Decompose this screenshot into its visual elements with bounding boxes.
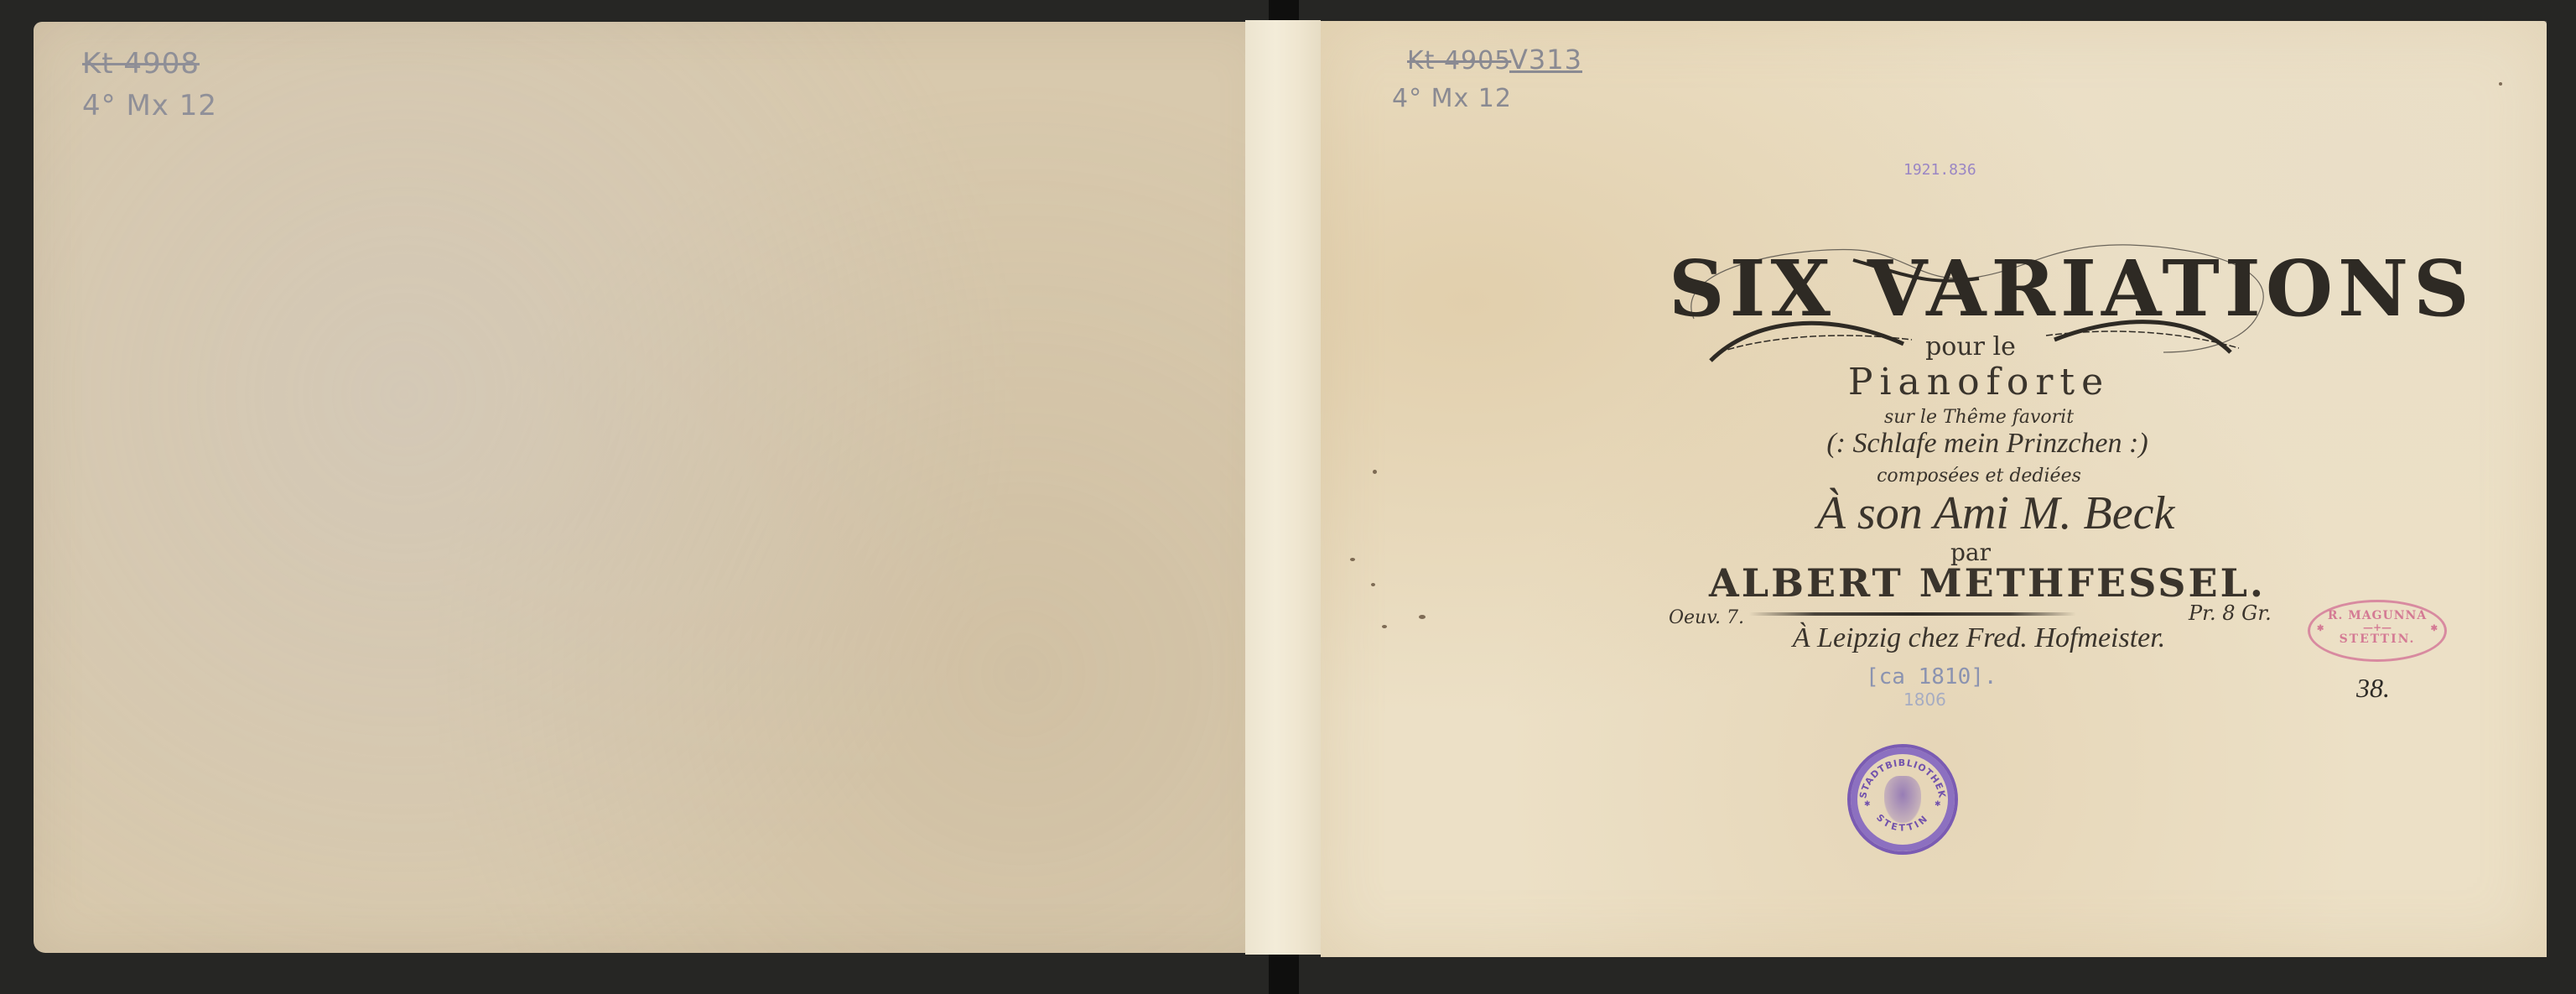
left-page: Kt 4908 4° Mx 12 bbox=[34, 22, 1269, 953]
date-stamp: [ca 1810]. bbox=[1866, 664, 1997, 690]
svg-text:✱: ✱ bbox=[1864, 800, 1871, 809]
library-round-stamp: STADTBIBLIOTHEK STETTIN ✱ ✱ bbox=[1847, 744, 1958, 855]
right-shelfmark-extra: V313 bbox=[1509, 44, 1582, 75]
dealer-oval-stamp: ✱ ✱ R. MAGUNNA —+— STETTIN. bbox=[2308, 600, 2447, 662]
hinge-tape bbox=[1245, 20, 1321, 955]
griffin-crest-icon bbox=[1884, 776, 1921, 823]
dedication: À son Ami M. Beck bbox=[1744, 487, 2247, 540]
foxing-spot bbox=[1419, 615, 1426, 619]
sur-le-theme-text: sur le Thême favorit bbox=[1803, 407, 2155, 428]
date-pencil-note: 1806 bbox=[1903, 690, 1946, 710]
engraved-rule bbox=[1749, 612, 2076, 616]
svg-text:✱: ✱ bbox=[1935, 800, 1941, 809]
foxing-spot bbox=[1350, 558, 1355, 561]
stamp-star-icon: ✱ bbox=[2431, 624, 2438, 633]
publisher: À Leipzig chez Fred. Hofmeister. bbox=[1744, 622, 2214, 654]
right-shelfmark-struck: Kt 4905 bbox=[1407, 46, 1511, 75]
composer-name: ALBERT METHFESSEL. bbox=[1694, 560, 2281, 606]
composees-text: composées et dediées bbox=[1803, 466, 2155, 487]
stamp-line-3: STETTIN. bbox=[2310, 632, 2444, 646]
price: Pr. 8 Gr. bbox=[2189, 601, 2272, 625]
opus-number: Oeuv. 7. bbox=[1669, 607, 1744, 628]
stamp-star-icon: ✱ bbox=[2317, 624, 2324, 633]
theme-name: (: Schlafe mein Prinzchen :) bbox=[1769, 428, 2205, 460]
right-shelfmark: 4° Mx 12 bbox=[1392, 84, 1512, 113]
accession-number: 1921.836 bbox=[1903, 161, 1976, 179]
title: SIX VARIATIONS bbox=[1669, 243, 2272, 334]
page-number: 38. bbox=[2356, 673, 2390, 704]
foxing-spot bbox=[1371, 583, 1375, 586]
left-shelfmark: 4° Mx 12 bbox=[82, 89, 217, 122]
stamp-line-2: —+— bbox=[2310, 622, 2444, 632]
left-shelfmark-struck: Kt 4908 bbox=[82, 47, 200, 81]
foxing-spot bbox=[2499, 82, 2502, 86]
stamp-line-1: R. MAGUNNA bbox=[2310, 609, 2444, 622]
foxing-spot bbox=[1373, 470, 1377, 474]
foxing-spot bbox=[1382, 625, 1387, 628]
